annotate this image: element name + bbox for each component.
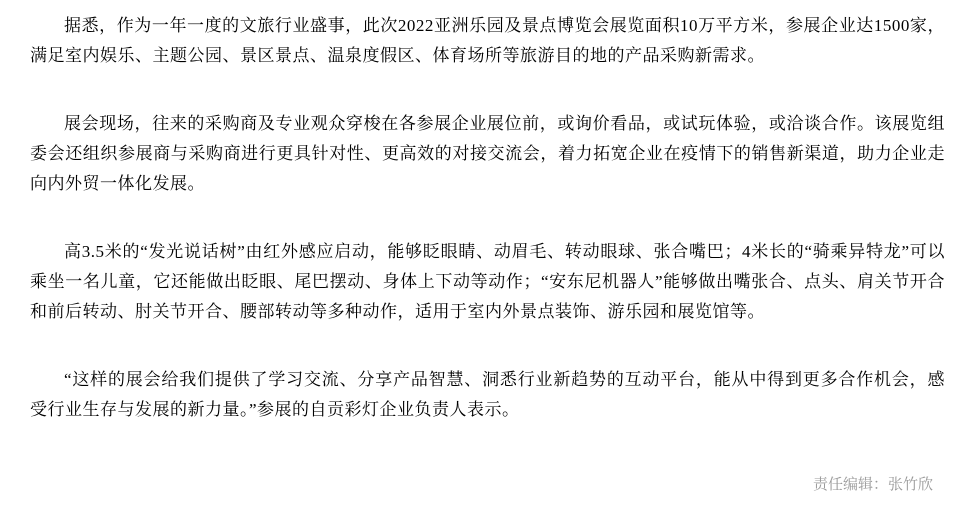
paragraph-3: 高3.5米的“发光说话树”由红外感应启动，能够眨眼睛、动眉毛、转动眼球、张合嘴巴… xyxy=(30,237,945,327)
editor-credit-name: 张竹欣 xyxy=(888,476,933,493)
article-page: 据悉，作为一年一度的文旅行业盛事，此次2022亚洲乐园及景点博览会展览面积10万… xyxy=(0,0,968,509)
article-body: 据悉，作为一年一度的文旅行业盛事，此次2022亚洲乐园及景点博览会展览面积10万… xyxy=(30,11,945,425)
paragraph-2: 展会现场，往来的采购商及专业观众穿梭在各参展企业展位前，或询价看品，或试玩体验，… xyxy=(30,109,945,199)
paragraph-4: “这样的展会给我们提供了学习交流、分享产品智慧、洞悉行业新趋势的互动平台，能从中… xyxy=(30,365,945,425)
editor-credit: 责任编辑：张竹欣 xyxy=(30,475,945,495)
paragraph-1: 据悉，作为一年一度的文旅行业盛事，此次2022亚洲乐园及景点博览会展览面积10万… xyxy=(30,11,945,71)
editor-credit-label: 责任编辑： xyxy=(813,476,888,493)
